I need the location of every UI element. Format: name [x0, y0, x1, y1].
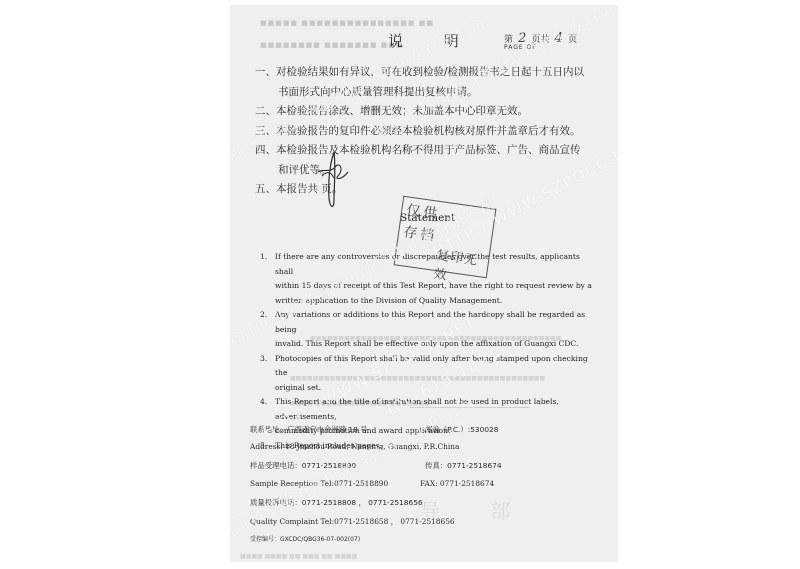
- bleed-through-text: ■■■■■■■■ ■■■■■■■ ■■■: [260, 41, 404, 49]
- form-control-code: 受控编号：GXCDC/QBG36-07-002(07): [250, 534, 360, 543]
- address-en: Address: 18 Jinzhou Road, Nanning, Guang…: [250, 442, 459, 451]
- scanned-document-page: ■■■■■ ■■■■■■■■■■■■■■■ ■■ ■■■■■■■■ ■■■■■■…: [230, 5, 618, 562]
- fax-en: FAX: 0771-2518674: [420, 479, 494, 488]
- complaint-tel-en: Quality Complaint Tel:0771-2518658 ， 077…: [250, 516, 455, 527]
- fax-cn: 传真：0771-2518674: [425, 460, 502, 471]
- handwritten-signature: [316, 150, 350, 212]
- bleed-through-text: ■■■■ ■■■■ ■■ ■■■ ■■ ■■■■: [240, 553, 357, 560]
- bleed-through-text: ■■■■■ ■■■■■■■■■■■■■■■ ■■: [260, 19, 434, 27]
